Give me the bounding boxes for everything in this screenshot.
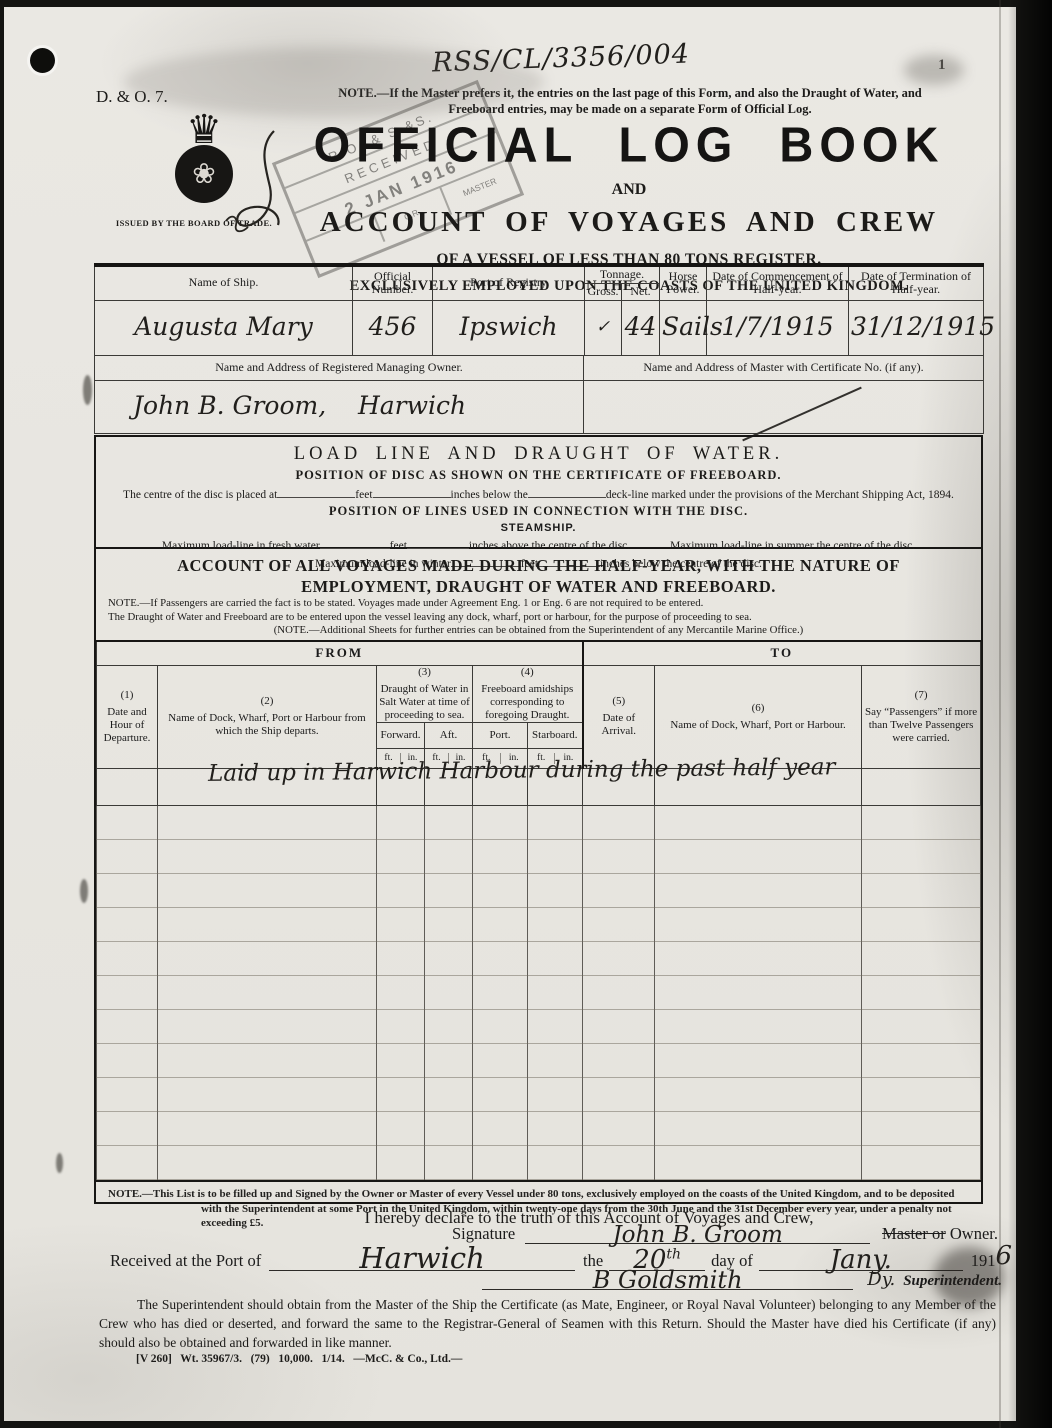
- scan-dark-edge: [1008, 0, 1052, 1428]
- torn-edge-mark: [56, 1153, 63, 1173]
- voy-col6-num: (6): [657, 702, 859, 715]
- disc-sentence-a: The centre of the disc is placed at: [123, 489, 277, 501]
- account-title: ACCOUNT OF ALL VOYAGES MADE DURING THE H…: [96, 555, 981, 598]
- received-port-line: Harwich: [269, 1250, 575, 1271]
- load-line-sub1: POSITION OF DISC AS SHOWN ON THE CERTIFI…: [96, 468, 981, 483]
- empty-voyage-row: [97, 806, 981, 840]
- owner-entry: John B. Groom, Harwich: [95, 380, 584, 433]
- empty-voyage-row: [97, 1078, 981, 1112]
- voy-col7-title: Say “Passengers” if more than Twelve Pas…: [865, 706, 977, 744]
- port-of-registry-entry: Ipswich: [433, 300, 585, 355]
- disc-sentence-d: deck-line marked under the provisions of…: [606, 489, 954, 501]
- fresh-water-sentence: Maximum load-line in fresh waterfeetinch…: [96, 537, 981, 552]
- day-suffix: th: [666, 1246, 681, 1262]
- empty-voyage-row: [97, 1112, 981, 1146]
- smudge-stain: [904, 55, 964, 85]
- col-header-commencement: Date of Commencement of Half-year.: [707, 265, 849, 300]
- master-entry-stroke-icon: [742, 386, 862, 441]
- received-row: Received at the Port of Harwich the 20th…: [110, 1241, 1012, 1271]
- superintendent-instruction-paragraph: The Superintendent should obtain from th…: [99, 1295, 996, 1352]
- ship-particulars-table: Name of Ship. Official Number. Port of R…: [94, 263, 984, 356]
- punch-hole: [30, 48, 55, 73]
- voy-col5-num: (5): [586, 695, 653, 708]
- printer-imprint: [V 260] Wt. 35967/3. (79) 10,000. 1/14. …: [136, 1353, 462, 1365]
- col-header-official-number: Official Number.: [353, 265, 433, 300]
- voy-col6-title: Name of Dock, Wharf, Port or Harbour.: [670, 719, 845, 731]
- col-header-port-of-registry: Port of Registry: [433, 265, 585, 300]
- torn-edge-mark: [80, 879, 88, 903]
- account-note3: (NOTE.—Additional Sheets for further ent…: [96, 624, 981, 637]
- empty-voyage-row: [97, 1146, 981, 1180]
- empty-voyage-row: [97, 1010, 981, 1044]
- superintendent-signature-handwritten: B Goldsmith: [593, 1266, 743, 1294]
- voy-col2-num: (2): [160, 695, 374, 708]
- voy-col2-header: (2)Name of Dock, Wharf, Port or Harbour …: [158, 665, 377, 769]
- empty-voyage-row: [97, 908, 981, 942]
- ship-name-entry: Augusta Mary: [95, 300, 353, 355]
- bleed-through-stain: [124, 47, 544, 117]
- subheader-port: Port.: [473, 723, 528, 749]
- voyages-section-box: LOAD LINE AND DRAUGHT OF WATER. POSITION…: [94, 435, 983, 1204]
- owner-header: Name and Address of Registered Managing …: [95, 355, 584, 380]
- voy-col1-num: (1): [99, 689, 155, 702]
- fresh-b: feet: [390, 540, 407, 552]
- ship-particulars-section: Name of Ship. Official Number. Port of R…: [94, 263, 983, 434]
- voy-col3-header: (3)Draught of Water in Salt Water at tim…: [377, 665, 473, 723]
- received-month-line: Jany.: [759, 1250, 963, 1271]
- account-note1: NOTE.—If Passengers are carried the fact…: [96, 597, 981, 610]
- torn-edge-mark: [83, 375, 92, 405]
- voy-col4-header: (4)Freeboard amidships corresponding to …: [473, 665, 583, 723]
- paper-sheet: RSS/CL/3356/004 1 D. & O. 7. NOTE.—If th…: [4, 7, 1016, 1421]
- official-number-entry: 456: [353, 300, 433, 355]
- owner-master-table: Name and Address of Registered Managing …: [94, 355, 984, 434]
- from-section-header: FROM: [97, 641, 583, 666]
- voy-col4-title: Freeboard amidships corresponding to for…: [481, 683, 573, 721]
- dy-handwritten: Dy.: [867, 1269, 895, 1290]
- voyages-table: FROM TO (1)Date and Hour of Departure. (…: [96, 640, 981, 1181]
- received-port-handwritten: Harwich: [359, 1241, 484, 1275]
- empty-voyage-row: [97, 840, 981, 874]
- superintendent-signature-line: B Goldsmith: [482, 1269, 853, 1290]
- gross-tonnage-entry: ✓: [585, 300, 622, 355]
- blank-deckline-field: [528, 486, 606, 498]
- net-tonnage-entry: 44: [622, 300, 660, 355]
- col-header-ship-name: Name of Ship.: [95, 265, 353, 300]
- load-line-title: LOAD LINE AND DRAUGHT OF WATER.: [96, 444, 981, 465]
- voy-col3-title: Draught of Water in Salt Water at time o…: [379, 683, 470, 721]
- empty-voyage-row: [97, 976, 981, 1010]
- fresh-c: inches above the centre of the disc.: [469, 540, 630, 552]
- empty-voyage-row: [97, 1044, 981, 1078]
- col-header-horse-power: Horse Power.: [660, 265, 707, 300]
- disc-sentence-c: inches below the: [451, 489, 528, 501]
- commencement-date-entry: 1/7/1915: [707, 300, 849, 355]
- master-header: Name and Address of Master with Certific…: [584, 355, 984, 380]
- subheader-aft: Aft.: [425, 723, 473, 749]
- ink-flourish-mark: [212, 125, 307, 245]
- load-line-section: LOAD LINE AND DRAUGHT OF WATER. POSITION…: [96, 444, 981, 549]
- main-title: OFFICIAL LOG BOOK: [254, 116, 1004, 173]
- account-title-line1: ACCOUNT OF ALL VOYAGES MADE DURING THE H…: [96, 555, 981, 576]
- col-header-net: Net.: [622, 283, 660, 300]
- voy-col7-num: (7): [864, 689, 978, 702]
- voy-col1-title: Date and Hour of Departure.: [104, 706, 151, 744]
- page-fold-line: [999, 0, 1001, 1428]
- blank-feet-field: [277, 486, 355, 498]
- steamship-caption: STEAMSHIP.: [96, 522, 981, 534]
- fresh-a: Maximum load-line in fresh water: [162, 540, 320, 552]
- superintendent-row: B Goldsmith Dy. Superintendent.: [482, 1269, 1002, 1290]
- received-label: Received at the Port of: [110, 1251, 261, 1271]
- empty-voyage-row: [97, 942, 981, 976]
- blank-inches-field: [373, 486, 451, 498]
- voy-col3-num: (3): [379, 666, 470, 679]
- voy-col1-header: (1)Date and Hour of Departure.: [97, 665, 158, 769]
- to-section-header: TO: [583, 641, 981, 666]
- subheader-forward: Forward.: [377, 723, 425, 749]
- load-line-disc-sentence: The centre of the disc is placed atfeeti…: [96, 486, 981, 501]
- termination-date-entry: 31/12/1915: [849, 300, 984, 355]
- col-header-tonnage: Tonnage.: [585, 265, 660, 283]
- disc-sentence-b: feet: [355, 489, 372, 501]
- empty-voyage-row: [97, 874, 981, 908]
- account-title-line2: EMPLOYMENT, DRAUGHT OF WATER AND FREEBOA…: [96, 576, 981, 597]
- voy-col5-title: Date of Arrival.: [602, 712, 637, 737]
- blank-fresh-feet: [320, 537, 390, 549]
- ink-blot-stain: [934, 1247, 1004, 1307]
- voy-col5-header: (5)Date of Arrival.: [583, 665, 655, 769]
- account-note2: The Draught of Water and Freeboard are t…: [96, 611, 981, 624]
- voy-col2-title: Name of Dock, Wharf, Port or Harbour fro…: [168, 712, 365, 737]
- subtitle: ACCOUNT OF VOYAGES AND CREW: [254, 206, 1004, 239]
- voy-col6-header: (6)Name of Dock, Wharf, Port or Harbour.: [655, 665, 862, 769]
- horse-power-entry: Sails: [660, 300, 707, 355]
- scanned-log-book-page: RSS/CL/3356/004 1 D. & O. 7. NOTE.—If th…: [0, 0, 1052, 1428]
- master-entry: [584, 380, 984, 433]
- load-line-sub2: POSITION OF LINES USED IN CONNECTION WIT…: [96, 504, 981, 519]
- col-header-termination: Date of Termination of Half-year.: [849, 265, 984, 300]
- col-header-gross: Gross.: [585, 283, 622, 300]
- blank-fresh-inches: [407, 537, 469, 549]
- subheader-starboard: Starboard.: [528, 723, 583, 749]
- account-heading-section: ACCOUNT OF ALL VOYAGES MADE DURING THE H…: [96, 555, 981, 640]
- title-and: AND: [254, 181, 1004, 199]
- summer-sentence: Maximum load-line in summer the centre o…: [670, 540, 915, 552]
- voy-col4-num: (4): [475, 666, 580, 679]
